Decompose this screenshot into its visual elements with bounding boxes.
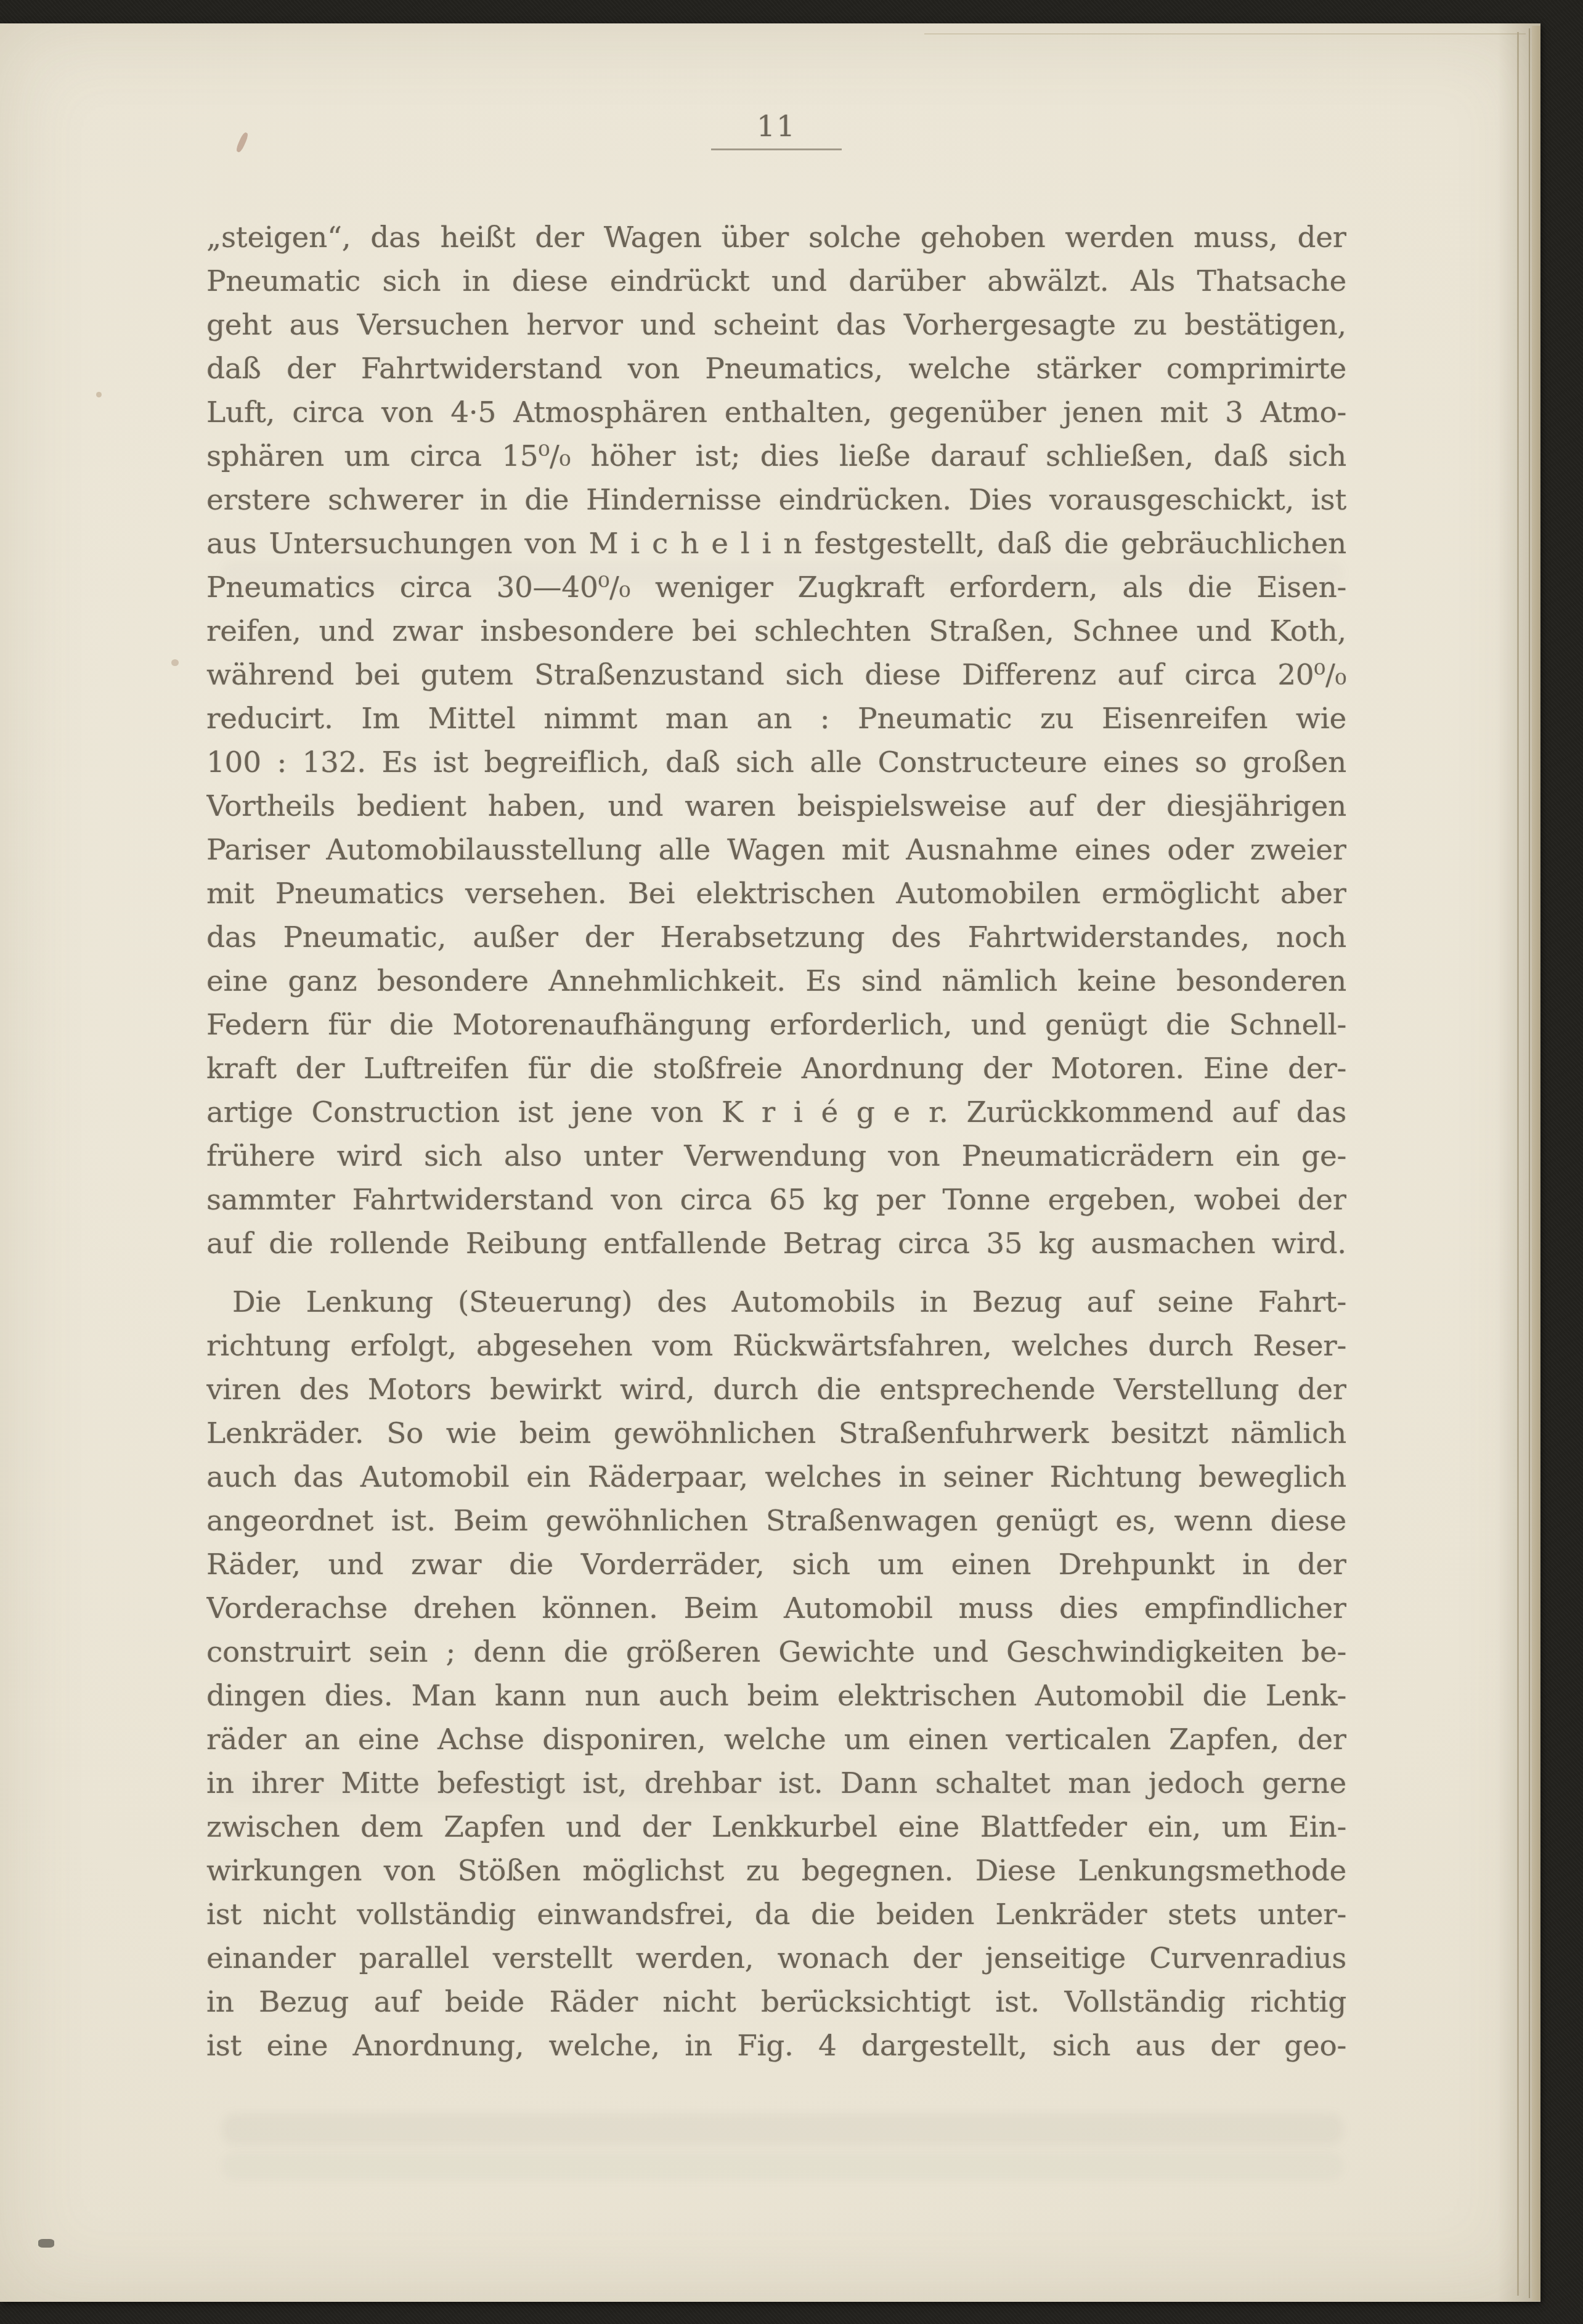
- text-line: angeordnet ist. Beim gewöhnlichen Straße…: [206, 1499, 1346, 1543]
- text-line: auf die rollende Reibung entfallende Bet…: [206, 1222, 1346, 1266]
- page-number: 11: [206, 111, 1346, 143]
- text-line: daß der Fahrtwiderstand von Pneumatics, …: [206, 347, 1346, 391]
- text-line: in Bezug auf beide Räder nicht berücksic…: [206, 1980, 1346, 2024]
- text-line: Die Lenkung (Steuerung) des Automobils i…: [206, 1280, 1346, 1324]
- text-line: Luft, circa von 4·5 Atmosphären enthalte…: [206, 391, 1346, 434]
- paragraph: „steigen“, das heißt der Wagen über solc…: [206, 216, 1346, 1266]
- text-line: reifen, und zwar insbesondere bei schlec…: [206, 609, 1346, 653]
- text-line: während bei gutem Straßenzustand sich di…: [206, 653, 1346, 697]
- text-line: Pariser Automobilausstellung alle Wagen …: [206, 828, 1346, 872]
- paper-stain-speck: [171, 659, 179, 666]
- text-line: auch das Automobil ein Räderpaar, welche…: [206, 1455, 1346, 1499]
- text-line: Vortheils bedient haben, und waren beisp…: [206, 784, 1346, 828]
- text-line: Räder, und zwar die Vorderräder, sich um…: [206, 1543, 1346, 1587]
- text-line: einander parallel verstellt werden, wona…: [206, 1936, 1346, 1980]
- text-line: aus Untersuchungen von M i c h e l i n f…: [206, 522, 1346, 566]
- scanned-book-photo: 11 „steigen“, das heißt der Wagen über s…: [0, 0, 1583, 2324]
- text-line: das Pneumatic, außer der Herabsetzung de…: [206, 916, 1346, 959]
- page-edge-line: [924, 33, 1526, 35]
- text-line: geht aus Versuchen hervor und scheint da…: [206, 303, 1346, 347]
- text-line: sammter Fahrtwiderstand von circa 65 kg …: [206, 1178, 1346, 1222]
- text-line: eine ganz besondere Annehmlichkeit. Es s…: [206, 959, 1346, 1003]
- text-line: sphären um circa 15⁰/₀ höher ist; dies l…: [206, 434, 1346, 478]
- text-line: „steigen“, das heißt der Wagen über solc…: [206, 216, 1346, 259]
- text-line: artige Construction ist jene von K r i é…: [206, 1091, 1346, 1134]
- paper-stain-speck: [96, 392, 102, 397]
- text-line: construirt sein ; denn die größeren Gewi…: [206, 1630, 1346, 1674]
- text-line: viren des Motors bewirkt wird, durch die…: [206, 1368, 1346, 1412]
- text-line: dingen dies. Man kann nun auch beim elek…: [206, 1674, 1346, 1718]
- text-line: wirkungen von Stößen möglichst zu begegn…: [206, 1849, 1346, 1893]
- page-header: 11: [206, 111, 1346, 150]
- text-line: Vorderachse drehen können. Beim Automobi…: [206, 1587, 1346, 1630]
- text-line: ist eine Anordnung, welche, in Fig. 4 da…: [206, 2024, 1346, 2068]
- text-line: Pneumatic sich in diese eindrückt und da…: [206, 259, 1346, 303]
- text-line: erstere schwerer in die Hindernisse eind…: [206, 478, 1346, 522]
- bleedthrough-smudge: [222, 2153, 1343, 2180]
- page-gutter-shading: [1497, 23, 1540, 2302]
- text-line: richtung erfolgt, abgesehen vom Rückwärt…: [206, 1324, 1346, 1368]
- text-line: ist nicht vollständig einwandsfrei, da d…: [206, 1893, 1346, 1936]
- text-line: räder an eine Achse disponiren, welche u…: [206, 1718, 1346, 1761]
- text-line: Lenkräder. So wie beim gewöhnlichen Stra…: [206, 1412, 1346, 1455]
- text-line: 100 : 132. Es ist begreiflich, daß sich …: [206, 741, 1346, 784]
- bleedthrough-smudge: [222, 1777, 1343, 1802]
- text-line: reducirt. Im Mittel nimmt man an : Pneum…: [206, 697, 1346, 741]
- bleedthrough-smudge: [222, 2113, 1343, 2145]
- book-page: 11 „steigen“, das heißt der Wagen über s…: [0, 23, 1540, 2302]
- page-number-rule: [711, 148, 842, 150]
- paragraph: Die Lenkung (Steuerung) des Automobils i…: [206, 1280, 1346, 2068]
- bleedthrough-smudge: [222, 561, 1343, 585]
- shadow-speck: [38, 2239, 54, 2248]
- text-line: zwischen dem Zapfen und der Lenkkurbel e…: [206, 1805, 1346, 1849]
- text-line: mit Pneumatics versehen. Bei elektrische…: [206, 872, 1346, 916]
- text-line: Federn für die Motorenaufhängung erforde…: [206, 1003, 1346, 1047]
- text-line: frühere wird sich also unter Verwendung …: [206, 1134, 1346, 1178]
- text-line: kraft der Luftreifen für die stoßfreie A…: [206, 1047, 1346, 1091]
